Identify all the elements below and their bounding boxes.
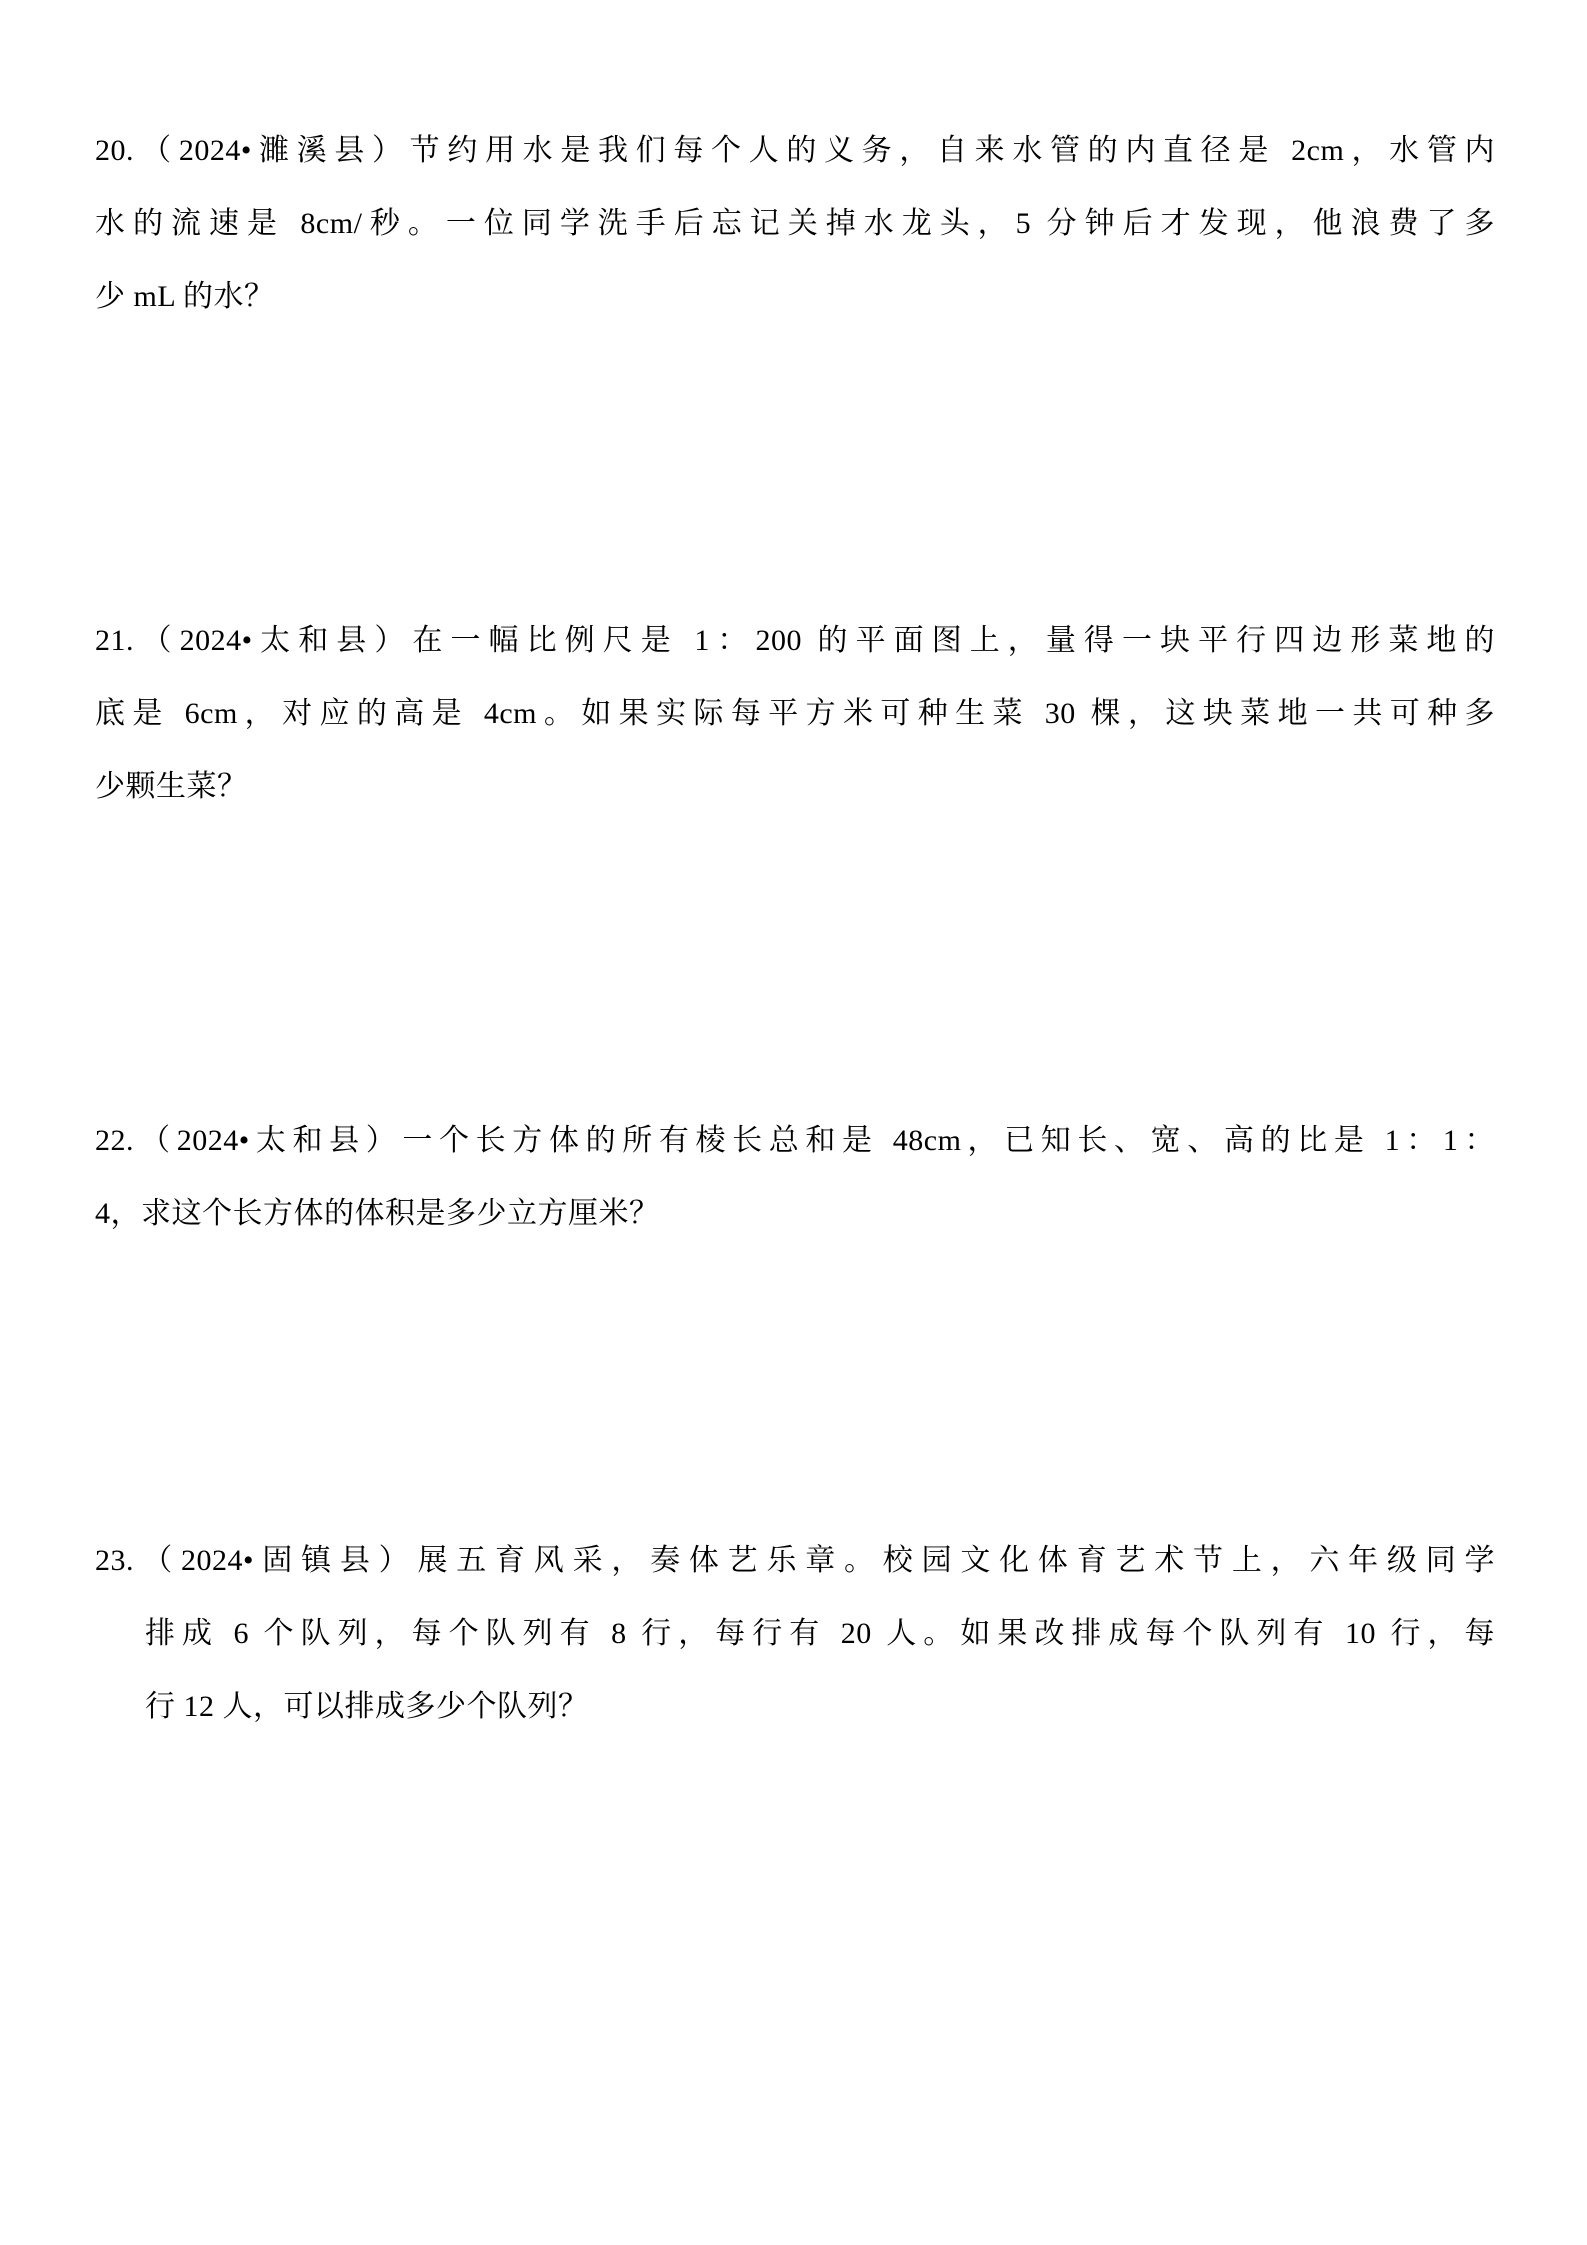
worksheet-page: 20.（2024•濉溪县）节约用水是我们每个人的义务，自来水管的内直径是 2cm… xyxy=(0,0,1587,2245)
question-line: 少颗生菜？ xyxy=(95,750,1495,823)
question-line: 排成 6 个队列，每个队列有 8 行，每行有 20 人。如果改排成每个队列有 1… xyxy=(145,1597,1495,1670)
question-line: 底是 6cm，对应的高是 4cm。如果实际每平方米可种生菜 30 棵，这块菜地一… xyxy=(95,677,1495,750)
question-line: 20.（2024•濉溪县）节约用水是我们每个人的义务，自来水管的内直径是 2cm… xyxy=(95,114,1495,187)
question-23: 23.（2024•固镇县）展五育风采，奏体艺乐章。校园文化体育艺术节上，六年级同… xyxy=(95,1524,1495,1743)
question-21: 21.（2024•太和县）在一幅比例尺是 1：200 的平面图上，量得一块平行四… xyxy=(95,604,1495,823)
question-line: 少 mL 的水？ xyxy=(95,260,1495,333)
question-22: 22.（2024•太和县）一个长方体的所有棱长总和是 48cm，已知长、宽、高的… xyxy=(95,1104,1495,1250)
question-line: 4，求这个长方体的体积是多少立方厘米？ xyxy=(95,1177,1495,1250)
question-line: 水的流速是 8cm/秒。一位同学洗手后忘记关掉水龙头，5 分钟后才发现，他浪费了… xyxy=(95,187,1495,260)
question-20: 20.（2024•濉溪县）节约用水是我们每个人的义务，自来水管的内直径是 2cm… xyxy=(95,114,1495,333)
question-line: 行 12 人，可以排成多少个队列？ xyxy=(145,1670,1495,1743)
question-line: 22.（2024•太和县）一个长方体的所有棱长总和是 48cm，已知长、宽、高的… xyxy=(95,1104,1495,1177)
question-line: 23.（2024•固镇县）展五育风采，奏体艺乐章。校园文化体育艺术节上，六年级同… xyxy=(95,1524,1495,1597)
question-line: 21.（2024•太和县）在一幅比例尺是 1：200 的平面图上，量得一块平行四… xyxy=(95,604,1495,677)
